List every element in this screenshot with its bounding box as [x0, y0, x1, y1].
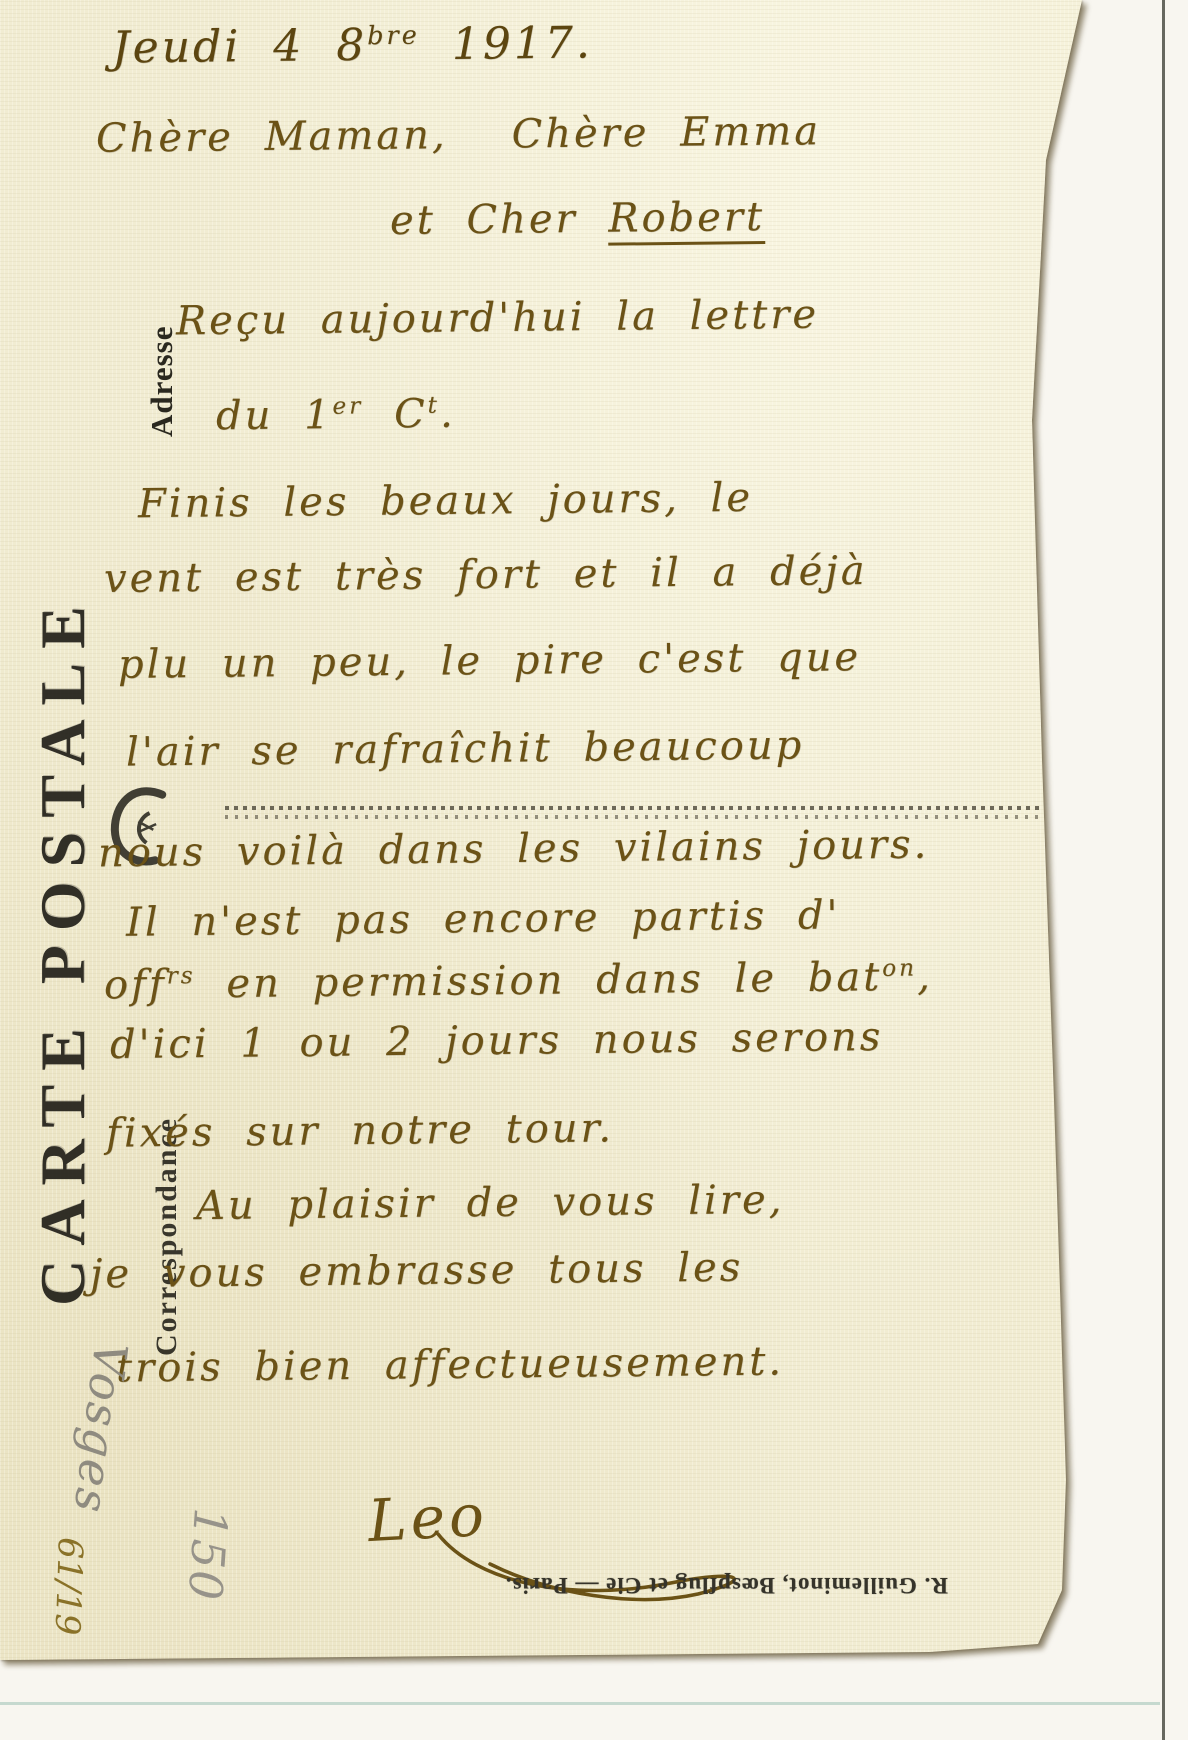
paper-edge-line — [0, 1702, 1160, 1705]
card-title: CARTE POSTALE — [26, 592, 100, 1306]
message-line: plu un peu, le pire c'est que — [118, 634, 862, 688]
message-line: vent est très fort et il a déjà — [104, 548, 868, 602]
message-line: nous voilà dans les vilains jours. — [98, 822, 930, 877]
divider-row — [225, 815, 1045, 819]
postcard: CARTE POSTALE Adresse Correspondance Jeu… — [0, 0, 1102, 1662]
message-line: et Cher Robert — [390, 194, 765, 244]
address-label: Adresse — [144, 326, 180, 437]
message-line: trois bien affectueusement. — [116, 1339, 784, 1392]
postcard-shadow: CARTE POSTALE Adresse Correspondance Jeu… — [0, 0, 1102, 1662]
divider-row — [225, 806, 1045, 810]
message-line: l'air se rafraîchit beaucoup — [126, 722, 805, 775]
publisher-imprint: R. Guilleminot, Bœspflug et Cie — Paris. — [388, 1568, 948, 1598]
message-line: Au plaisir de vous lire, — [196, 1177, 785, 1229]
message-line: Finis les beaux jours, le — [138, 475, 753, 527]
message-line: d'ici 1 ou 2 jours nous serons — [110, 1014, 884, 1068]
scan-background: CARTE POSTALE Adresse Correspondance Jeu… — [0, 0, 1188, 1740]
pencil-annotation-region: Vosges — [63, 1339, 138, 1517]
message-line: je vous embrasse tous les — [90, 1245, 744, 1298]
message-line: Chère Maman,Chère Emma — [96, 108, 822, 162]
ink-annotation-number: 61/19 — [47, 1537, 90, 1636]
message-line: fixés sur notre tour. — [106, 1105, 614, 1156]
message-line: Jeudi 4 8bre 1917. — [112, 17, 593, 73]
message-line: Reçu aujourd'hui la lettre — [176, 292, 819, 345]
message-line: offrs en permission dans le baton, — [104, 954, 933, 1009]
pencil-annotation-number: 150 — [178, 1506, 238, 1603]
divider-dotted-line — [225, 806, 1045, 821]
scan-edge-line — [1162, 0, 1165, 1740]
message-line: du 1er Ct. — [216, 391, 456, 440]
message-line: Il n'est pas encore partis d' — [126, 892, 841, 945]
